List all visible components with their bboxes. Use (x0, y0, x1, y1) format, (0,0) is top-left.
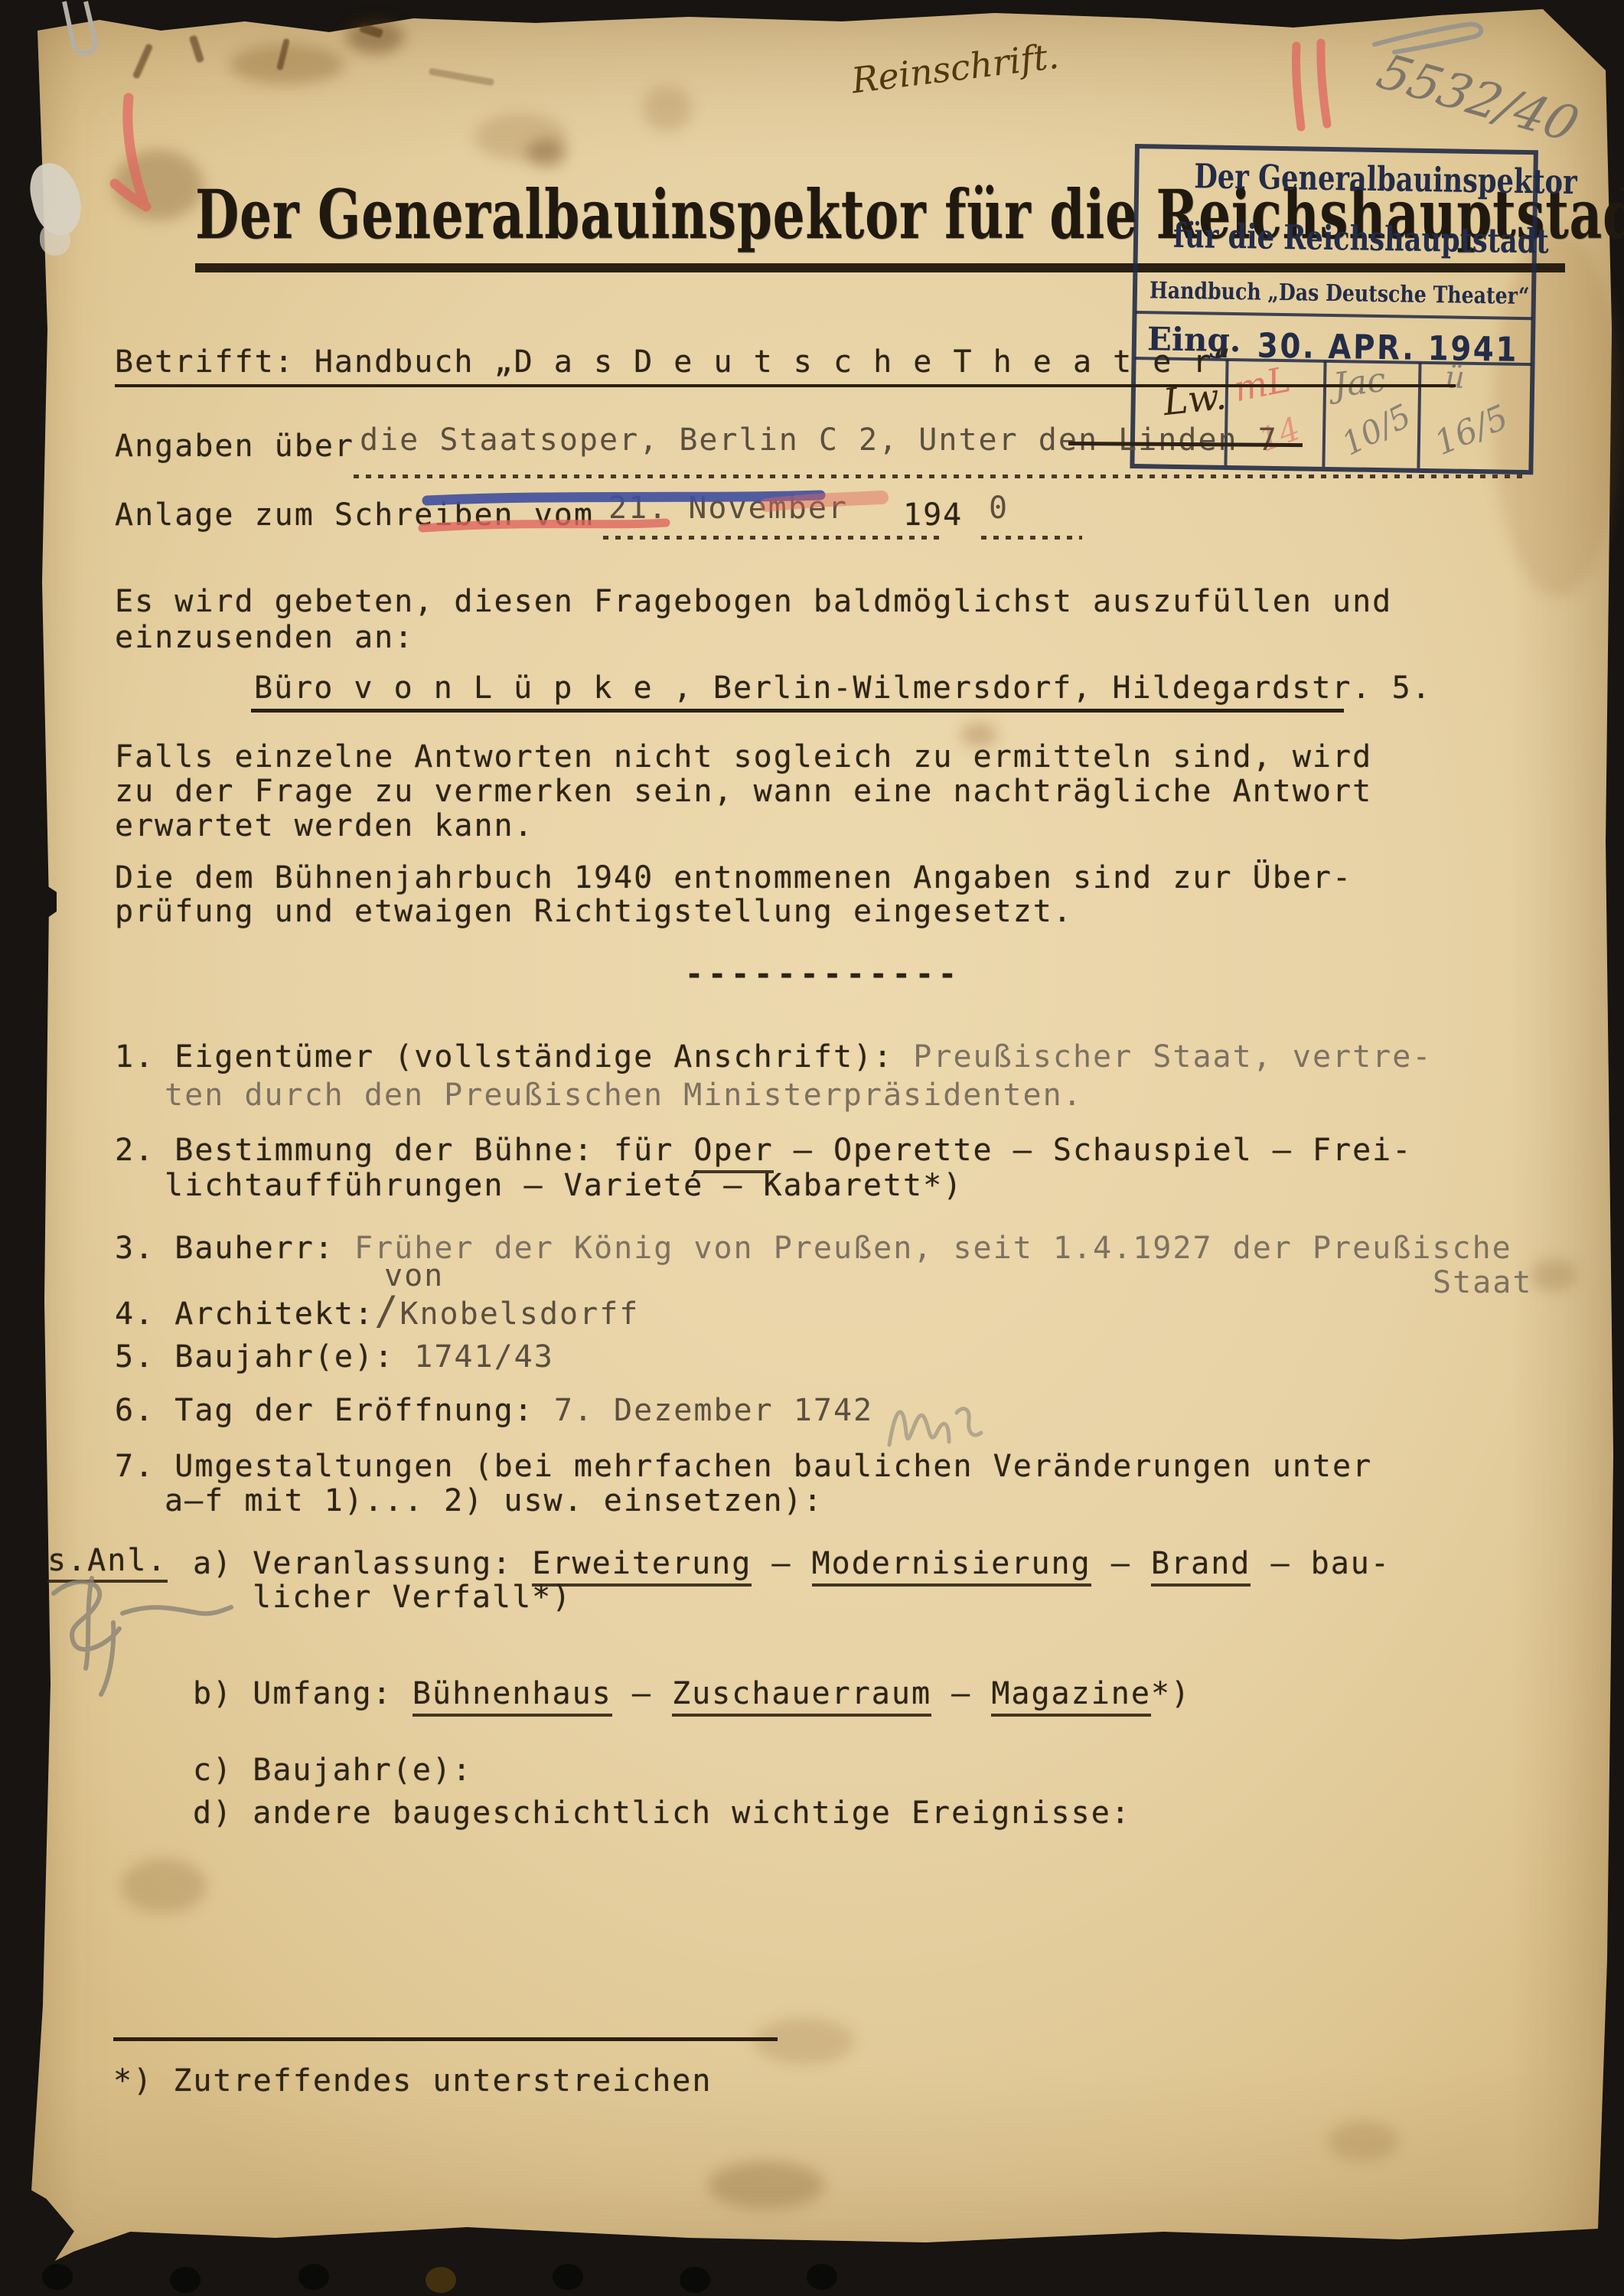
address-underline (251, 709, 1344, 713)
item-5-line: 5. Baujahr(e): 1741/43 (115, 1341, 554, 1373)
item-7c-line: c) Baujahr(e): (193, 1754, 472, 1786)
regarding-dotted-line (354, 475, 1525, 478)
item-5-label: Baujahr(e): (155, 1339, 414, 1375)
item-7c-text: Baujahr(e): (253, 1753, 472, 1788)
footnote-line: *) Zutreffendes unterstreichen (113, 2065, 712, 2097)
item-5-answer: 1741/43 (414, 1339, 554, 1375)
item-7a-pre: Veranlassung: (253, 1546, 532, 1581)
regarding-label: Angaben über (115, 430, 354, 462)
enclosure-fill: 21. November (608, 492, 848, 524)
punch-hole (426, 2267, 456, 2293)
item-1-answer-2: ten durch den Preußischen Ministerpräsid… (165, 1079, 1083, 1111)
item-6-number: 6. (115, 1393, 155, 1428)
stamp-line3: Handbuch „Das Deutsche Theater“ (1150, 277, 1530, 310)
stain (121, 1858, 207, 1913)
item-4-answer: Knobelsdorff (399, 1296, 639, 1332)
scanned-document-page: { "annotations": { "reinschrift": "Reins… (0, 0, 1624, 2296)
item-6-label: Tag der Eröffnung: (155, 1393, 554, 1428)
falls-line-3: erwartet werden kann. (115, 810, 534, 842)
stain (113, 150, 204, 220)
item-2-line-2: lichtaufführungen — Varieté — Kabarett*) (165, 1169, 963, 1202)
item-7-line-2: a—f mit 1)... 2) usw. einsetzen): (165, 1485, 823, 1517)
item-7-line-1: 7. Umgestaltungen (bei mehrfachen baulic… (115, 1450, 1372, 1482)
item-7b-u1: Bühnenhaus (413, 1676, 612, 1717)
item-7a-d1: — (752, 1546, 811, 1581)
item-7b-pre: Umfang: (253, 1676, 413, 1711)
item-7b-tail: *) (1151, 1676, 1191, 1711)
item-7a-tail: — bau- (1251, 1546, 1391, 1581)
item-7a-u2: Modernisierung (812, 1546, 1091, 1587)
footnote-rule (113, 2037, 778, 2041)
item-7d-line: d) andere baugeschichtlich wichtige Erei… (193, 1797, 1131, 1829)
item-7d-text: andere baugeschichtlich wichtige Ereigni… (253, 1795, 1131, 1831)
item-3-label: Bauherr: (155, 1231, 354, 1266)
item-1-answer-1: Preußischer Staat, vertre- (913, 1039, 1432, 1075)
punch-hole (170, 2267, 201, 2293)
enclosure-printed-year: 194 (903, 499, 963, 531)
regarding-fill: die Staatsoper, Berlin C 2, Unter den Li… (360, 424, 1278, 456)
item-7d-tag: d) (193, 1795, 253, 1831)
item-7a-line-1: a) Veranlassung: Erweiterung — Modernisi… (193, 1548, 1391, 1580)
stamp-divider-1 (1136, 311, 1533, 320)
stamp-note-pencil-2b: 16/5 (1429, 398, 1514, 464)
item-7b-d2: — (931, 1676, 991, 1711)
item-5-number: 5. (115, 1339, 155, 1375)
stamp-line2: für die Reichshauptstadt (1173, 217, 1549, 262)
item-7a-d2: — (1091, 1546, 1151, 1581)
handwritten-initial: Lw. (1161, 375, 1228, 424)
item-7b-u2: Zuschauerraum (672, 1676, 931, 1717)
item-7b-u3: Magazine (991, 1676, 1151, 1717)
regarding-fill-text: die Staatsoper, Berlin C 2, Unter (360, 422, 1039, 458)
item-2-rest: — Operette — Schauspiel — Frei- (774, 1133, 1413, 1168)
item-1-line-1: 1. Eigentümer (vollständige Anschrift): … (115, 1041, 1432, 1073)
stamp-grid-line (1417, 363, 1421, 468)
item-4-insert-von: von (384, 1260, 444, 1292)
enclosure-typed-digit: 0 (989, 492, 1009, 524)
item-2-number: 2. (115, 1133, 155, 1168)
item-3-answer-2: Staat (1433, 1267, 1532, 1299)
item-4-slash: / (374, 1288, 399, 1334)
item-7a-u3: Brand (1151, 1546, 1251, 1587)
item-6-answer: 7. Dezember 1742 (554, 1393, 873, 1428)
margin-note-sanl: s.Anl. (47, 1544, 168, 1583)
item-6-line: 6. Tag der Eröffnung: 7. Dezember 1742 (115, 1394, 873, 1427)
stain (754, 2017, 855, 2065)
falls-line-1: Falls einzelne Antworten nicht sogleich … (115, 741, 1372, 773)
punch-hole (553, 2264, 583, 2290)
stain (1328, 2122, 1398, 2161)
jahrbuch-line-1: Die dem Bühnenjahrbuch 1940 entnommenen … (115, 862, 1352, 894)
punch-hole (298, 2264, 329, 2290)
stain (643, 86, 692, 132)
section-divider-dashes: ------------ (685, 958, 961, 990)
stamp-note-pencil-1b: 10/5 (1335, 396, 1417, 463)
falls-line-2: zu der Frage zu vermerken sein, wann ein… (115, 775, 1372, 807)
enclosure-label: Anlage zum Schreiben vom (115, 499, 594, 531)
stamp-note-pencil-1a: Jac (1331, 360, 1388, 406)
punch-hole (680, 2267, 710, 2293)
item-7a-line-2: licher Verfall*) (253, 1581, 572, 1613)
item-7-text-1: Umgestaltungen (bei mehrfachen baulichen… (155, 1449, 1372, 1484)
item-4-line: 4. Architekt:/Knobelsdorff (115, 1290, 639, 1332)
item-2-line-1: 2. Bestimmung der Bühne: für Oper — Oper… (115, 1134, 1412, 1166)
request-line-1: Es wird gebeten, diesen Fragebogen baldm… (115, 585, 1392, 618)
item-4-label: Architekt: (155, 1296, 374, 1332)
stamp-line1: Der Generalbauinspektor (1194, 157, 1577, 202)
punch-hole (42, 2264, 73, 2290)
request-line-2: einzusenden an: (115, 621, 414, 654)
stamp-note-pencil-2a: ü (1445, 360, 1465, 395)
item-7b-line: b) Umfang: Bühnenhaus — Zuschauerraum — … (193, 1678, 1191, 1710)
item-1-label: Eigentümer (vollständige Anschrift): (155, 1039, 913, 1075)
stamp-grid-line (1322, 361, 1326, 467)
item-3-answer: Früher der König von Preußen, seit 1.4.1… (354, 1231, 1512, 1266)
item-3-line-1: 3. Bauherr: Früher der König von Preußen… (115, 1232, 1512, 1264)
subject-line: Betrifft: Handbuch „D a s D e u t s c h … (115, 346, 1233, 378)
item-1-number: 1. (115, 1039, 155, 1075)
punch-hole (807, 2264, 837, 2290)
enclosure-dotted-line-1 (603, 536, 941, 540)
stain (708, 2161, 824, 2209)
item-7c-tag: c) (193, 1753, 253, 1788)
stain (527, 139, 566, 167)
item-7b-d1: — (612, 1676, 672, 1711)
regarding-struck-text: den Linden 7 (1039, 422, 1278, 458)
enclosure-dotted-line-2 (981, 536, 1082, 540)
address-line: Büro v o n L ü p k e , Berlin-Wilmersdor… (254, 672, 1432, 704)
subject-underline (115, 384, 1456, 387)
item-7-number: 7. (115, 1449, 155, 1484)
item-7b-tag: b) (193, 1676, 253, 1711)
item-2-pre: Bestimmung der Bühne: für (155, 1133, 693, 1168)
item-4-number: 4. (115, 1296, 155, 1332)
stain (1531, 1259, 1577, 1291)
item-7a-tag: a) (193, 1546, 253, 1581)
jahrbuch-line-2: prüfung und etwaigen Richtigstellung ein… (115, 895, 1073, 928)
paper-chip-small (40, 223, 70, 256)
item-3-number: 3. (115, 1231, 155, 1266)
